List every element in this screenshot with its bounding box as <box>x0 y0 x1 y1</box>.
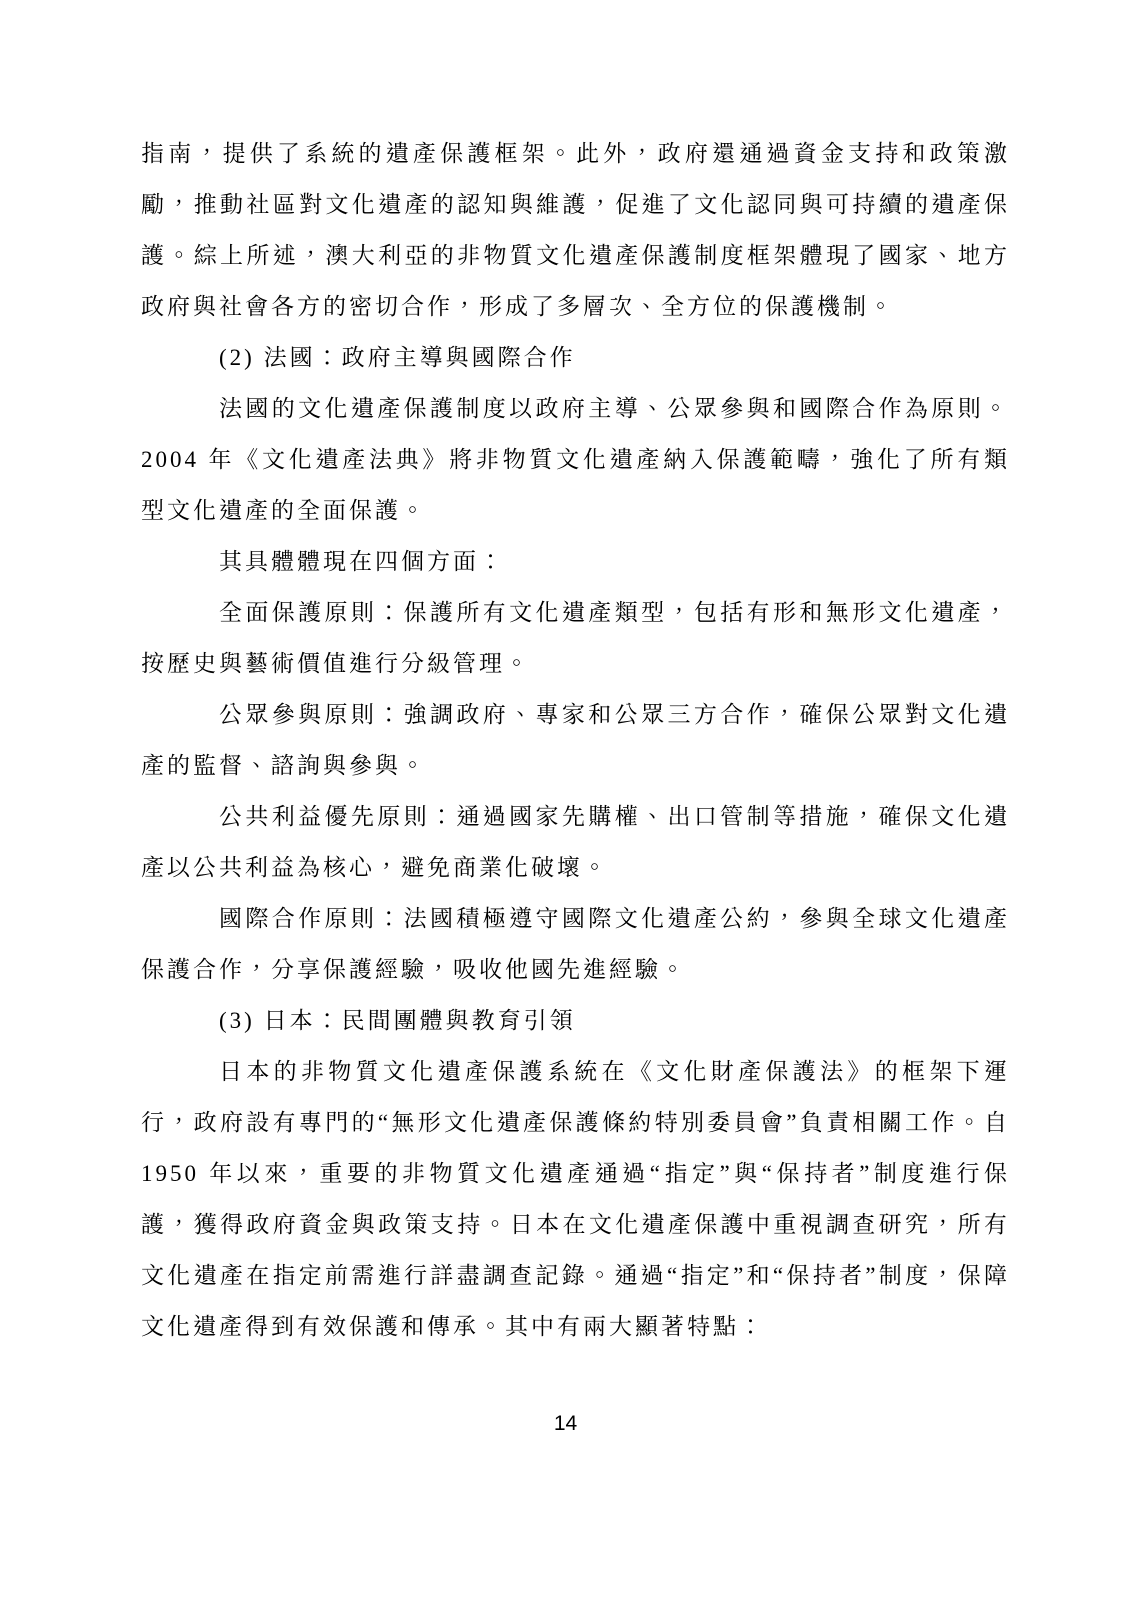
section-heading-france: (2) 法國：政府主導與國際合作 <box>141 332 1010 383</box>
paragraph-continuation: 指南，提供了系統的遺產保護框架。此外，政府還通過資金支持和政策激勵，推動社區對文… <box>141 128 1010 332</box>
paragraph: 國際合作原則：法國積極遵守國際文化遺產公約，參與全球文化遺產保護合作，分享保護經… <box>141 893 1010 995</box>
page-number: 14 <box>0 1412 1131 1436</box>
paragraph: 其具體體現在四個方面： <box>141 536 1010 587</box>
section-heading-japan: (3) 日本：民間團體與教育引領 <box>141 995 1010 1046</box>
page-body-text: 指南，提供了系統的遺產保護框架。此外，政府還通過資金支持和政策激勵，推動社區對文… <box>141 128 1010 1352</box>
paragraph: 全面保護原則：保護所有文化遺產類型，包括有形和無形文化遺產，按歷史與藝術價值進行… <box>141 587 1010 689</box>
paragraph: 日本的非物質文化遺產保護系統在《文化財產保護法》的框架下運行，政府設有專門的“無… <box>141 1046 1010 1352</box>
paragraph: 公共利益優先原則：通過國家先購權、出口管制等措施，確保文化遺產以公共利益為核心，… <box>141 791 1010 893</box>
paragraph: 公眾參與原則：強調政府、專家和公眾三方合作，確保公眾對文化遺產的監督、諮詢與參與… <box>141 689 1010 791</box>
paragraph: 法國的文化遺產保護制度以政府主導、公眾參與和國際合作為原則。2004 年《文化遺… <box>141 383 1010 536</box>
document-page: 指南，提供了系統的遺產保護框架。此外，政府還通過資金支持和政策激勵，推動社區對文… <box>0 0 1131 1600</box>
